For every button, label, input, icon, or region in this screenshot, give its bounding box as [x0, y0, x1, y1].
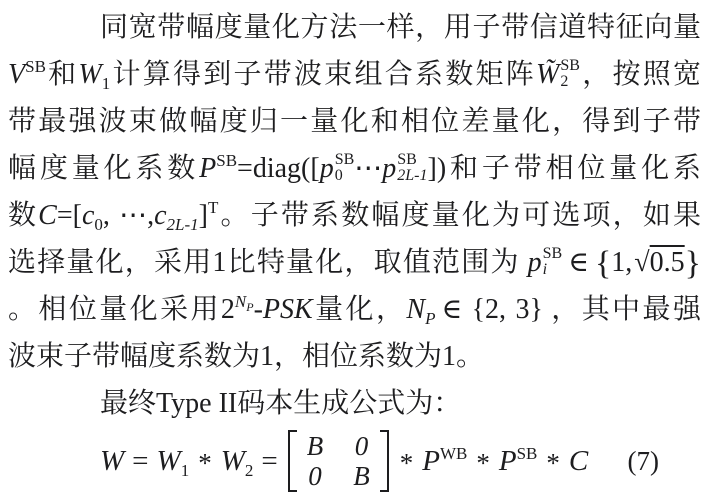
para-line-5: 数C=[c0, ⋯,c2L-1]T。子带系数幅度量化为可选项，如果 [8, 192, 701, 239]
text-run: 和 [46, 59, 79, 90]
subscript-1: 1 [181, 461, 190, 480]
math-var-C: C [38, 200, 57, 231]
matrix-cell: B [307, 431, 324, 461]
math-var-N: N [406, 294, 425, 325]
math-P: P [499, 445, 517, 477]
math-var-PWB: PWB [422, 445, 467, 478]
math-var-W: W [78, 59, 101, 90]
line8-text: 波束子带幅度系数为1，相位系数为1。 [8, 341, 484, 372]
para-line-4: 幅度量化系数PSB=diag([pSB0⋯pSB2L-1])和子带相位量化系 [8, 145, 701, 192]
math-cdots: ⋯ [354, 153, 382, 184]
supsub-stack: SBi [543, 246, 563, 277]
multiply-star: * [198, 448, 212, 479]
superscript-WB: WB [440, 444, 467, 463]
equals-sign: = [132, 445, 148, 478]
para-line-1: 同宽带幅度量化方法一样，用子带信道特征向量 [8, 4, 701, 51]
subscript-2L-1: 2L-1 [167, 215, 199, 234]
math-var-C: C [569, 445, 588, 478]
math-var-c0: c [82, 200, 94, 231]
math-close-bracket: ] [199, 200, 208, 231]
supsub-stack: SB0 [335, 152, 355, 183]
text-run: 计算得到子带波束组合系数矩阵 [110, 59, 536, 90]
superscript-SB: SB [517, 444, 538, 463]
multiply-star: * [476, 448, 490, 479]
subscript-0: 0 [94, 215, 103, 234]
matrix-bracket-left [288, 430, 297, 492]
text-run: ，其中最强 [549, 294, 701, 325]
superscript-SB: SB [543, 246, 563, 261]
brace-open: { [595, 245, 611, 282]
text-run: 和子带相位量化系 [446, 153, 701, 184]
subscript-P: P [425, 309, 435, 328]
supsub-stack: SB2 [560, 58, 580, 89]
subscript-2L-1: 2L-1 [397, 168, 427, 183]
math-dash: - [254, 294, 263, 325]
superscript-T: T [208, 198, 218, 217]
subscript-i: i [543, 262, 563, 277]
math-var-p2L1: p [382, 153, 396, 184]
superscript-SB: SB [25, 57, 46, 76]
math-W: W [221, 445, 245, 477]
multiply-star: * [400, 448, 414, 479]
para-line-3: 带最强波束做幅度归一量化和相位差量化，得到子带 [8, 98, 701, 145]
equals-sign: = [261, 445, 277, 478]
subscript-2: 2 [245, 461, 254, 480]
brace-close: } [685, 245, 701, 282]
line3-text: 带最强波束做幅度归一量化和相位差量化，得到子带 [8, 106, 701, 137]
matrix-bracket-right [380, 430, 389, 492]
text-run: 数 [8, 200, 38, 231]
multiply-star: * [546, 448, 560, 479]
math-cdots: , ⋯, [103, 200, 154, 231]
math-var-W1: W1 [157, 445, 190, 478]
math-P: P [422, 445, 440, 477]
superscript-SB: SB [335, 152, 355, 167]
superscript-SB: SB [397, 152, 427, 167]
matrix-cell: 0 [307, 461, 324, 491]
para-line-9: 最终Type II码本生成公式为： [8, 380, 701, 427]
subscript-2: 2 [560, 74, 580, 89]
para-line-2: VSB和W1计算得到子带波束组合系数矩阵W̃SB2，按照宽 [8, 51, 701, 98]
exponent-sub-P: P [246, 300, 253, 314]
math-open-bracket: =[ [57, 200, 82, 231]
superscript-SB: SB [216, 151, 237, 170]
supsub-stack: SB2L-1 [397, 152, 427, 183]
math-var-P: P [199, 153, 216, 184]
text-run: 选择量化，采用1比特量化，取值范围为 [8, 247, 520, 278]
equation-number: (7) [628, 446, 659, 477]
math-close-bracket: ]) [428, 153, 447, 184]
para-line-7: 。相位量化采用2NP-PSK量化，NP∈ {2, 3}，其中最强 [8, 286, 701, 333]
matrix-2x2: B00B [288, 430, 389, 492]
math-one: 1, [611, 247, 632, 278]
math-var-W2: W2 [221, 445, 254, 478]
math-var-p0: p [320, 153, 334, 184]
math-var-V: V [8, 59, 25, 90]
text-run: 。子带系数幅度量化为可选项，如果 [218, 200, 701, 231]
matrix-cell: B [353, 461, 370, 491]
line1-text: 同宽带幅度量化方法一样，用子带信道特征向量 [100, 12, 701, 43]
text-run: 幅度量化系数 [8, 153, 199, 184]
line9-text: 最终Type II码本生成公式为： [100, 388, 461, 419]
matrix-cell: 0 [353, 431, 370, 461]
subscript-0: 0 [335, 168, 355, 183]
exponent-N: N [235, 292, 246, 311]
math-diag: =diag([ [237, 153, 320, 184]
math-var-W: W [100, 445, 124, 478]
math-var-W-tilde: W̃ [536, 59, 559, 90]
math-PSK: PSK [263, 294, 313, 325]
subscript-1: 1 [102, 74, 111, 93]
superscript-SB: SB [560, 58, 580, 73]
para-line-6: 选择量化，采用1比特量化，取值范围为pSBi∈{1,√0.5} [8, 239, 701, 286]
math-radicand: 0.5 [650, 247, 685, 278]
sqrt-icon: √ [634, 247, 649, 278]
equation-7: W=W1*W2=B00B*PWB*PSB*C [96, 430, 592, 492]
text-run: ，按照宽 [580, 59, 701, 90]
equation-line: W=W1*W2=B00B*PWB*PSB*C (7) [8, 429, 701, 493]
math-var-PSB: PSB [499, 445, 538, 478]
matrix-cells: B00B [297, 430, 380, 492]
text-run: 量化， [313, 294, 407, 325]
math-W: W [157, 445, 181, 477]
math-var-pi: p [528, 247, 542, 278]
math-element-of: ∈ [568, 247, 589, 278]
para-line-8: 波束子带幅度系数为1，相位系数为1。 [8, 333, 701, 380]
text-run: 。相位量化采用2 [8, 294, 235, 325]
math-var-c2L1: c [154, 200, 166, 231]
math-set: ∈ {2, 3} [441, 294, 542, 325]
paper-page: 同宽带幅度量化方法一样，用子带信道特征向量 VSB和W1计算得到子带波束组合系数… [0, 0, 710, 495]
